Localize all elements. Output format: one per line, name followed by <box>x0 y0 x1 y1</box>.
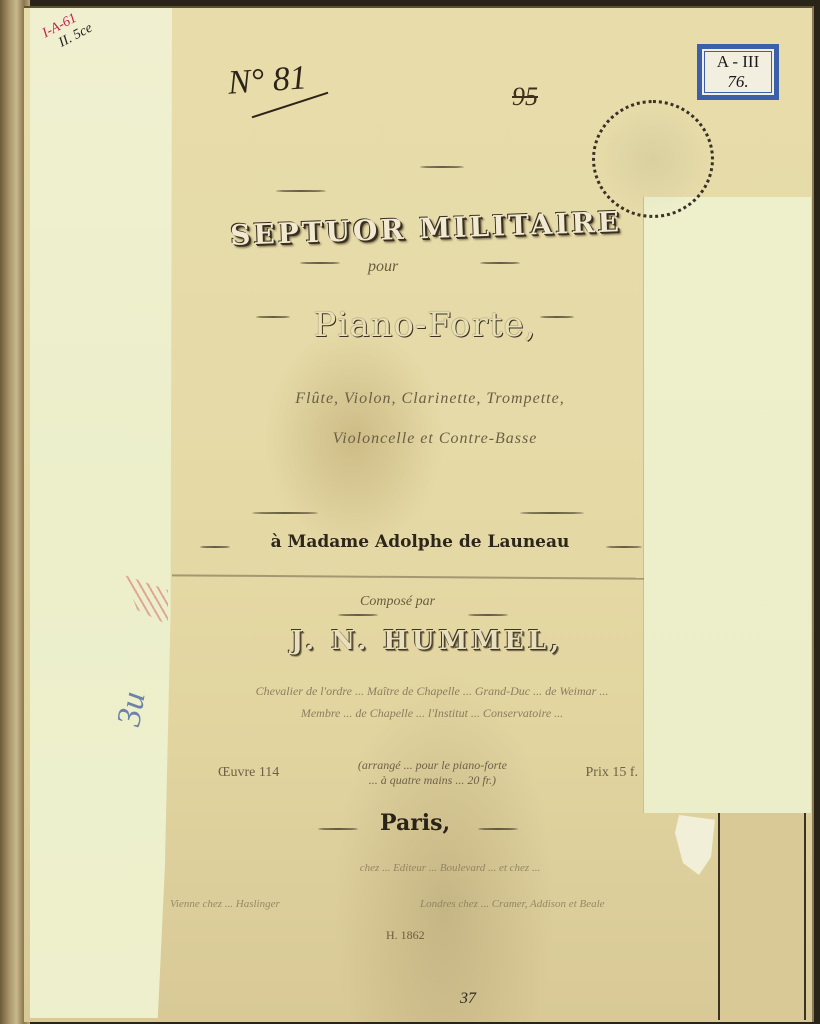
composer-credits-line-2: Membre ... de Chapelle ... l'Institut ..… <box>212 706 652 721</box>
crossed-out-number: 95 <box>512 82 538 112</box>
flourish-ornament <box>606 546 642 548</box>
repair-paper-left <box>30 8 172 1018</box>
shelf-label-line1: A - III <box>702 52 774 72</box>
flourish-ornament <box>200 546 230 548</box>
opus-number: Œuvre 114 <box>218 765 279 781</box>
flourish-ornament <box>420 166 464 168</box>
composer-credits-line-1: Chevalier de l'ordre ... Maître de Chape… <box>212 684 652 699</box>
flourish-ornament <box>520 512 584 514</box>
arrangement-note: (arrangé ... pour le piano-forte ... à q… <box>358 758 507 788</box>
flourish-ornament <box>478 828 518 830</box>
lead-instrument: Piano-Forte, <box>300 305 550 345</box>
imprint-city: Paris, <box>380 810 450 836</box>
handwritten-number: N° 81 <box>227 59 308 102</box>
plate-number: H. 1862 <box>386 928 425 943</box>
flourish-ornament <box>338 614 378 616</box>
arrangement-note-line2: ... à quatre mains ... 20 fr. <box>369 773 492 787</box>
publisher-line-3: Londres chez ... Cramer, Addison et Beal… <box>420 898 605 910</box>
library-stamp-icon <box>592 100 714 218</box>
flourish-ornament <box>318 828 358 830</box>
publisher-line-2: Vienne chez ... Haslinger <box>170 898 280 910</box>
flourish-ornament <box>468 614 508 616</box>
price: Prix 15 f. <box>586 765 639 781</box>
shelf-label-line2: 76. <box>702 72 774 92</box>
publisher-line-1: chez ... Editeur ... Boulevard ... et ch… <box>240 862 660 874</box>
repair-paper-right <box>643 197 811 813</box>
compose-par: Composé par <box>360 594 435 610</box>
flourish-ornament <box>480 262 520 264</box>
cover-edge-strip <box>718 812 806 1020</box>
flourish-ornament <box>276 190 326 192</box>
flourish-ornament <box>300 262 340 264</box>
title-pour: pour <box>368 258 398 276</box>
arrangement-note-line1: arrangé ... pour le piano-forte <box>362 758 507 772</box>
pencil-bottom-number: 37 <box>460 990 476 1008</box>
instrumentation-line-1: Flûte, Violon, Clarinette, Trompette, <box>240 390 620 408</box>
flourish-ornament <box>252 512 318 514</box>
composer-name: J. N. HUMMEL, <box>262 626 592 656</box>
flourish-ornament <box>256 316 290 318</box>
opus-price-line: Œuvre 114 (arrangé ... pour le piano-for… <box>218 758 638 788</box>
dedication: à Madame Adolphe de Launeau <box>240 532 600 552</box>
pencil-margin-note: 3u <box>110 689 153 729</box>
instrumentation-line-2: Violoncelle et Contre-Basse <box>285 430 585 448</box>
document-scan: I-A-61 II. 5ce 3u N° 81 95 A - III 76. S… <box>0 0 820 1024</box>
shelf-label: A - III 76. <box>697 44 779 100</box>
